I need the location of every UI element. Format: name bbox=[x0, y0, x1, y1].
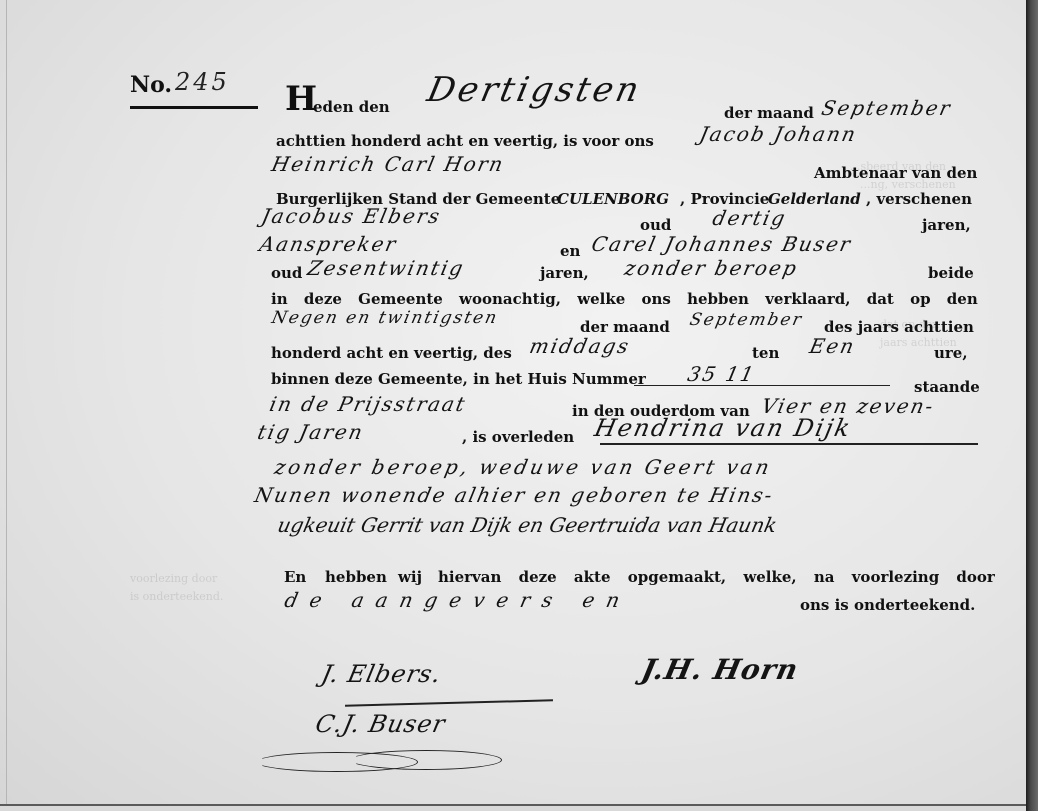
handwritten-death-month: September bbox=[687, 308, 805, 332]
handwritten-details-line1: zonder beroep, weduwe van Geert van bbox=[272, 455, 774, 479]
handwritten-details-line2: Nunen wonende alhier en geboren te Hins- bbox=[252, 483, 776, 507]
printed-ambtenaar: Ambtenaar van den bbox=[814, 164, 977, 182]
printed-en: en bbox=[560, 242, 580, 260]
printed-beide: beide bbox=[928, 264, 974, 282]
page-bottom-rule bbox=[0, 804, 1026, 806]
handwritten-declarant2-occupation: zonder beroep bbox=[622, 256, 800, 280]
printed-heden-den: eden den bbox=[313, 98, 390, 116]
handwritten-day: Dertigsten bbox=[425, 78, 643, 102]
record-number-label: No. bbox=[130, 72, 172, 98]
printed-honderd-clause: honderd acht en veertig, des bbox=[271, 344, 512, 362]
printed-jaren-2: jaren, bbox=[540, 264, 589, 282]
printed-en-closing: En bbox=[284, 568, 306, 586]
printed-wij: wij bbox=[398, 568, 422, 586]
bleed-through-text: is onderteekend. bbox=[130, 590, 223, 603]
printed-der-maand: der maand bbox=[724, 104, 814, 122]
signature-buser-flourish bbox=[350, 750, 502, 770]
handwritten-witness-clause: de aangevers en bbox=[282, 588, 634, 612]
handwritten-declarant2-name: Carel Johannes Buser bbox=[589, 232, 854, 256]
handwritten-house-number: 35 11 bbox=[685, 362, 757, 386]
signature-buser: C.J. Buser bbox=[313, 712, 447, 736]
handwritten-street: in de Prijsstraat bbox=[267, 392, 468, 416]
printed-oud-2: oud bbox=[271, 264, 302, 282]
house-number-line bbox=[634, 385, 890, 386]
printed-jaren: jaren, bbox=[922, 216, 971, 234]
record-number-underline bbox=[130, 106, 258, 109]
printed-verschenen: , verschenen bbox=[866, 190, 972, 208]
printed-ten: ten bbox=[752, 344, 779, 362]
handwritten-age-part2: tig Jaren bbox=[255, 420, 366, 444]
printed-huis-nummer: binnen deze Gemeente, in het Huis Nummer bbox=[271, 370, 646, 388]
page-right-border bbox=[1026, 0, 1038, 811]
handwritten-death-day: Negen en twintigsten bbox=[269, 306, 500, 330]
deceased-name-underline bbox=[600, 443, 978, 445]
printed-year-clause: achttien honderd acht en veertig, is voo… bbox=[276, 132, 654, 150]
signature-elbers-flourish bbox=[345, 699, 553, 706]
handwritten-official-line2: Heinrich Carl Horn bbox=[269, 152, 507, 176]
handwritten-month: September bbox=[819, 96, 953, 120]
printed-hebben: hebben bbox=[325, 568, 387, 586]
record-number-value: 245 bbox=[175, 68, 230, 96]
printed-akte-clause: hiervan deze akte opgemaakt, welke, na v… bbox=[438, 568, 995, 586]
printed-ure: ure, bbox=[934, 344, 968, 362]
handwritten-time-of-day: middags bbox=[527, 334, 632, 358]
handwritten-official-line1: Jacob Johann bbox=[697, 122, 859, 146]
handwritten-declarant2-age: Zesentwintig bbox=[305, 256, 466, 280]
document-page: ...sbeerd van den ...ng, verschenen dat … bbox=[0, 0, 1026, 806]
signature-elbers: J. Elbers. bbox=[319, 662, 443, 686]
bleed-through-text: voorlezing door bbox=[130, 572, 217, 585]
printed-gemeente-name: CULENBORG bbox=[557, 190, 669, 208]
printed-onderteekend: ons is onderteekend. bbox=[800, 596, 975, 614]
handwritten-declarant1-age: dertig bbox=[710, 206, 789, 230]
page-left-rule bbox=[6, 0, 7, 806]
printed-overleden: , is overleden bbox=[462, 428, 574, 446]
handwritten-deceased-name: Hendrina van Dijk bbox=[592, 416, 853, 440]
handwritten-details-line3: ugkeuit Gerrit van Dijk en Geertruida va… bbox=[275, 513, 779, 537]
signature-horn: J.H. Horn bbox=[639, 658, 800, 682]
handwritten-declarant1-name: Jacobus Elbers bbox=[259, 204, 443, 228]
handwritten-hour: Een bbox=[807, 334, 857, 358]
handwritten-declarant1-occupation: Aanspreker bbox=[257, 232, 399, 256]
